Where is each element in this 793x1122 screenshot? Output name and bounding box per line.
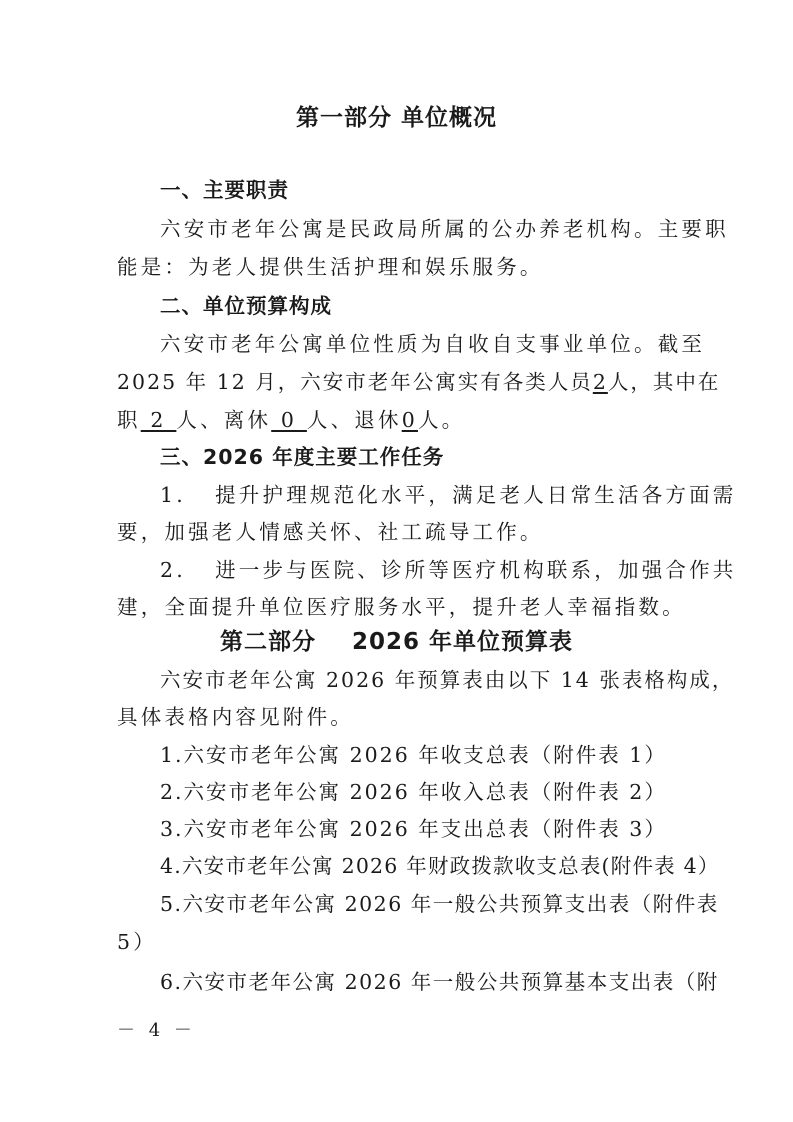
section2-heading: 二、单位预算构成 (160, 292, 677, 320)
task-item-line: 要，加强老人情感关怀、社工疏导工作。 (117, 518, 677, 546)
text: 人、退休 (307, 408, 402, 432)
task-item-line: 2. 进一步与医院、诊所等医疗机构联系，加强合作共 (160, 556, 677, 584)
retired-value: 0 (402, 408, 418, 432)
text: 2025 年 12 月，六安市老年公寓实有各类人员 (117, 370, 593, 394)
page-number: － 4 － (117, 1016, 196, 1042)
table-list-item: 1.六安市老年公寓 2026 年收支总表（附件表 1） (160, 741, 677, 769)
task-item-line: 1. 提升护理规范化水平，满足老人日常生活各方面需 (160, 481, 677, 509)
paragraph-line: 职 2 人、离休 0 人、退休0人。 (117, 406, 677, 434)
table-list-item: 5.六安市老年公寓 2026 年一般公共预算支出表（附件表 (160, 890, 677, 918)
table-list-item: 6.六安市老年公寓 2026 年一般公共预算基本支出表（附 (160, 968, 677, 996)
total-staff-value: 2 (593, 370, 608, 394)
table-list-item: 2.六安市老年公寓 2026 年收入总表（附件表 2） (160, 778, 677, 806)
paragraph-line: 六安市老年公寓 2026 年预算表由以下 14 张表格构成， (160, 666, 677, 694)
paragraph-line: 六安市老年公寓是民政局所属的公办养老机构。主要职 (160, 215, 677, 243)
part2-title: 第二部分 2026 年单位预算表 (0, 627, 793, 657)
retired-gov-value: 0 (271, 408, 307, 432)
paragraph-line: 具体表格内容见附件。 (117, 703, 677, 731)
part1-title: 第一部分 单位概况 (0, 103, 793, 133)
table-list-item: 5） (117, 928, 677, 956)
table-list-item: 3.六安市老年公寓 2026 年支出总表（附件表 3） (160, 815, 677, 843)
section1-heading: 一、主要职责 (160, 176, 677, 204)
in-service-value: 2 (141, 408, 177, 432)
task-item-line: 建，全面提升单位医疗服务水平，提升老人幸福指数。 (117, 593, 677, 621)
paragraph-line: 能是：为老人提供生活护理和娱乐服务。 (117, 253, 677, 281)
text: 职 (117, 408, 141, 432)
section3-heading: 三、2026 年度主要工作任务 (160, 443, 677, 471)
text: 人，其中在 (608, 370, 721, 394)
paragraph-line: 六安市老年公寓单位性质为自收自支事业单位。截至 (160, 330, 677, 358)
paragraph-line: 2025 年 12 月，六安市老年公寓实有各类人员2人，其中在 (117, 368, 677, 396)
text: 人、离休 (176, 408, 271, 432)
table-list-item: 4.六安市老年公寓 2026 年财政拨款收支总表(附件表 4） (160, 852, 677, 880)
document-page: 第一部分 单位概况 一、主要职责 六安市老年公寓是民政局所属的公办养老机构。主要… (0, 0, 793, 1122)
text: 人。 (418, 408, 465, 432)
